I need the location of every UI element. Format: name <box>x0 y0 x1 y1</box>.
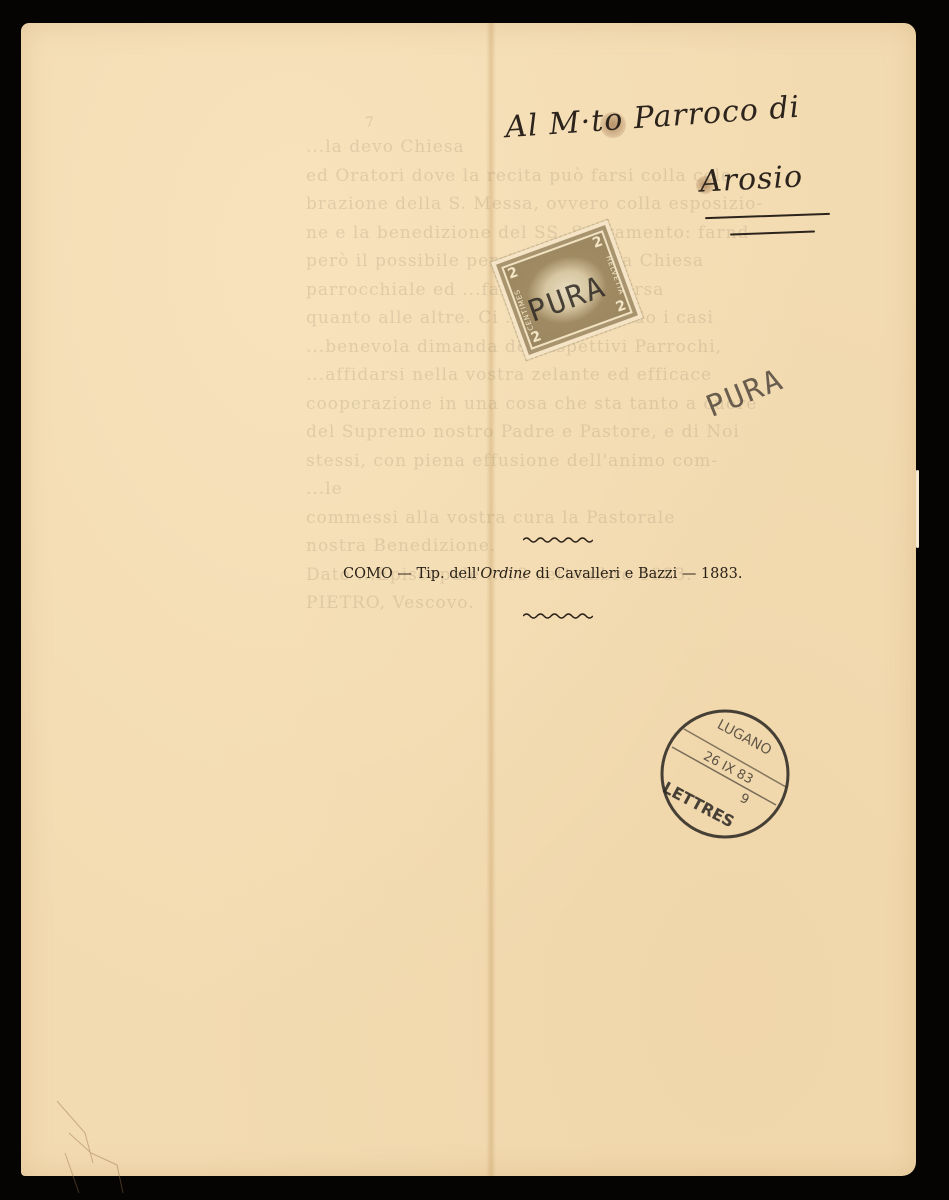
letter-sheet: 7 ...la devo Chiesa ed Oratori dove la r… <box>21 23 916 1176</box>
stamp-denomination: 2 <box>590 233 605 251</box>
stamp-denomination: 2 <box>529 328 544 346</box>
stamp-denomination: 2 <box>506 264 521 282</box>
ornamental-wavy-rule <box>523 536 593 544</box>
handwritten-address-line2: Arosio <box>699 159 804 199</box>
imprint-suffix: di Cavalleri e Bazzi <box>536 566 678 582</box>
ornamental-wavy-rule <box>523 612 593 620</box>
corner-crease <box>55 1093 125 1198</box>
imprint-prefix: Tip. dell' <box>416 566 480 582</box>
imprint-dash: — <box>682 566 697 582</box>
stamp-country-label: HELVETIA <box>604 255 626 296</box>
stamp-denomination: 2 <box>614 297 629 315</box>
showthrough-line: stessi, con piena effusione dell'animo c… <box>306 447 846 476</box>
imprint-dash: — <box>397 566 412 582</box>
showthrough-line: commessi alla vostra cura la Pastorale <box>306 504 846 533</box>
imprint-city: COMO <box>343 566 393 582</box>
imprint-italic-word: Ordine <box>480 566 531 582</box>
printer-imprint: COMO — Tip. dell'Ordine di Cavalleri e B… <box>343 566 742 582</box>
showthrough-line: del Supremo nostro Padre e Pastore, e di… <box>306 418 846 447</box>
lugano-circular-date-stamp: LUGANO 26 IX 83 9 LETTRES <box>658 707 792 841</box>
showthrough-line: ...le <box>306 475 846 504</box>
showthrough-page-number: 7 <box>365 115 374 131</box>
imprint-year: 1883. <box>701 566 743 582</box>
postmark-time: 9 <box>737 791 751 808</box>
edge-tear <box>916 470 919 548</box>
postmark-town: LUGANO <box>714 717 774 759</box>
